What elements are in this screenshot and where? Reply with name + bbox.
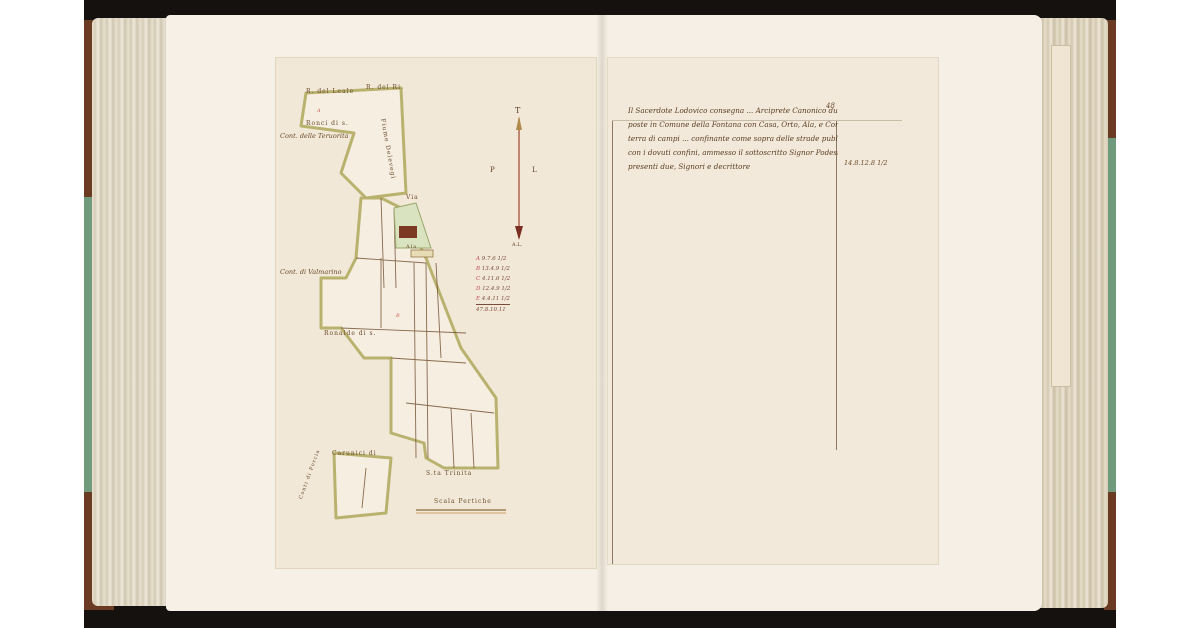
- map-sheet: A B R. del Leale R. del Ri. Cont. delle …: [276, 58, 596, 568]
- compass-l: L: [532, 166, 537, 174]
- parcel-letter-a: A: [317, 108, 321, 114]
- map-label-ala: Ala: [406, 244, 417, 250]
- map-label-scale: Scala Pertiche: [434, 498, 492, 505]
- map-label-carunici: Carunici di: [332, 450, 377, 457]
- map-label-santa-trinita: S.ta Trinita: [426, 470, 472, 477]
- map-label-left-b: Cont. di Valmarino: [280, 268, 342, 276]
- north-arrow-bottom-label: A.L.: [512, 242, 522, 248]
- area-tally: A 9.7.6 1/2 B 13.4.9 1/2 C 4.11.6 1/2 D …: [476, 254, 510, 315]
- ledger-sheet: 48 Il Sacerdote Lodovico consegna ... Ar…: [608, 58, 938, 564]
- map-label-via: Via: [406, 194, 419, 201]
- map-label-top-b: R. del Ri.: [366, 84, 404, 91]
- map-label-ronci: Ronci di s.: [306, 120, 349, 127]
- compass-p: P: [490, 166, 495, 174]
- book-photo: A B R. del Leale R. del Ri. Cont. delle …: [84, 0, 1116, 628]
- house-icon: [399, 226, 417, 238]
- gutter: [596, 15, 608, 611]
- north-arrow-top-letter: T: [515, 106, 520, 115]
- parcel-letter-b: B: [396, 313, 400, 319]
- page-stack-left: [92, 18, 172, 606]
- ruled-line-left: [612, 120, 613, 564]
- map-label-left-a: Cont. delle Teruorita: [280, 132, 348, 140]
- inserted-leaf: [1051, 45, 1071, 387]
- ledger-entry: Il Sacerdote Lodovico consegna ... Arcip…: [628, 104, 838, 174]
- map-label-top-a: R. del Leale: [306, 88, 354, 95]
- margin-total: 14.8.12.8 1/2: [844, 159, 888, 167]
- map-label-ronalde: Ronalde di s.: [324, 330, 376, 337]
